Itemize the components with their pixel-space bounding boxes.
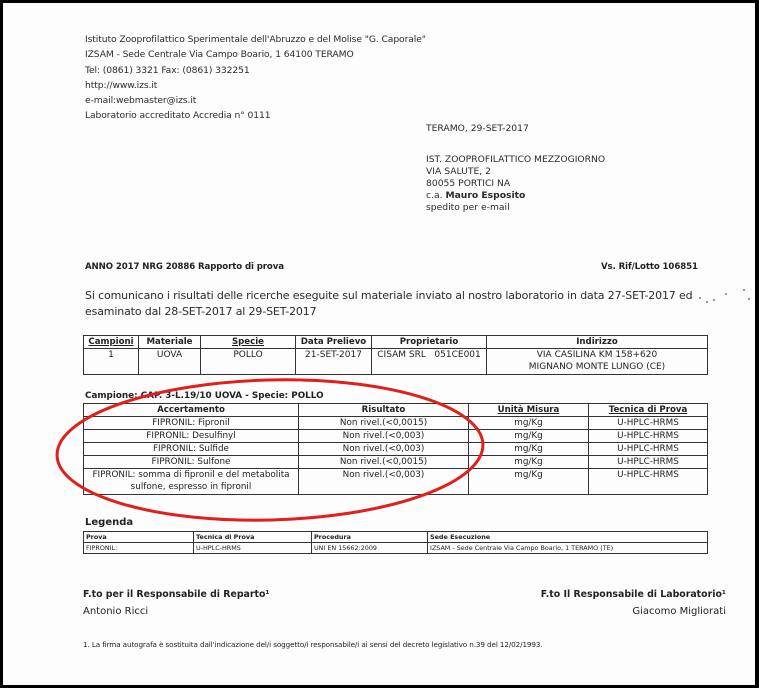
legend-header-prova: Prova (84, 532, 194, 543)
cell-accertamento: FIPRONIL: Sulfone (84, 456, 299, 469)
signature-right-name: Giacomo Migliorati (514, 606, 726, 617)
header-tecnica: Tecnica di Prova (589, 404, 708, 417)
delivery-method: spedito per e-mail (426, 201, 605, 215)
scan-artifact (743, 289, 745, 291)
scanned-document-page: Istituto Zooprofilattico Sperimentale de… (3, 3, 755, 685)
header-proprietario: Proprietario (372, 336, 487, 349)
cell-accertamento: FIPRONIL: somma di fipronil e del metabo… (84, 469, 299, 495)
signature-left-name: Antonio Ricci (83, 606, 148, 617)
letterhead-accreditation: Laboratorio accreditato Accredia n° 0111 (85, 108, 426, 123)
cell-unita: mg/Kg (469, 456, 589, 469)
result-row: FIPRONIL: somma di fipronil e del metabo… (84, 469, 708, 495)
cell-campioni: 1 (84, 349, 139, 375)
header-materiale: Materiale (139, 336, 201, 349)
sample-table: Campioni Materiale Specie Data Prelievo … (83, 335, 708, 375)
cell-tecnica: U-HPLC-HRMS (589, 443, 708, 456)
recipient-block: IST. ZOOPROFILATTICO MEZZOGIORNO VIA SAL… (426, 153, 605, 215)
sample-table-header: Campioni Materiale Specie Data Prelievo … (84, 336, 708, 349)
intro-text: Si comunicano i risultati delle ricerche… (85, 288, 692, 320)
cell-unita: mg/Kg (469, 417, 589, 430)
scan-artifact (706, 301, 708, 303)
address-line-1: VIA CASILINA KM 158+620 (487, 349, 707, 361)
sample-label: Campione: CAP. 3-L.19/10 UOVA - Specie: … (85, 391, 324, 401)
accertamento-line-2: sulfone, espresso in fipronil (84, 481, 298, 493)
scan-artifact (699, 297, 701, 299)
lot-reference: Vs. Rif/Lotto 106851 (601, 262, 698, 272)
header-campioni: Campioni (84, 336, 139, 349)
cell-accertamento: FIPRONIL: Desulfinyl (84, 430, 299, 443)
legend-row: FIPRONIL: U-HPLC-HRMS UNI EN 15662:2009 … (84, 543, 708, 554)
cell-unita: mg/Kg (469, 443, 589, 456)
result-row: FIPRONIL: Fipronil Non rivel.(<0,0015) m… (84, 417, 708, 430)
legend-cell-sede: IZSAM - Sede Centrale Via Campo Boario, … (428, 543, 708, 554)
result-row: FIPRONIL: Sulfone Non rivel.(<0,0015) mg… (84, 456, 708, 469)
letterhead: Istituto Zooprofilattico Sperimentale de… (85, 32, 426, 124)
cell-accertamento: FIPRONIL: Fipronil (84, 417, 299, 430)
letterhead-institute: Istituto Zooprofilattico Sperimentale de… (85, 32, 426, 47)
result-row: FIPRONIL: Desulfinyl Non rivel.(<0,003) … (84, 430, 708, 443)
attention-prefix: c.a. (426, 190, 443, 201)
scan-artifact (713, 299, 715, 301)
place-date: TERAMO, 29-SET-2017 (426, 122, 529, 136)
scan-artifact (725, 293, 727, 295)
cell-materiale: UOVA (139, 349, 201, 375)
intro-line-1: Si comunicano i risultati delle ricerche… (85, 288, 692, 304)
legend-header-sede: Sede Esecuzione (428, 532, 708, 543)
result-row: FIPRONIL: Sulfide Non rivel.(<0,003) mg/… (84, 443, 708, 456)
legend-cell-procedura: UNI EN 15662:2009 (312, 543, 428, 554)
header-data-prelievo: Data Prelievo (296, 336, 372, 349)
cell-risultato: Non rivel.(<0,003) (299, 430, 469, 443)
header-accertamento: Accertamento (84, 404, 299, 417)
intro-line-2: esaminato dal 28-SET-2017 al 29-SET-2017 (85, 304, 692, 320)
results-table: Accertamento Risultato Unità Misura Tecn… (83, 403, 708, 495)
legend-header-procedura: Procedura (312, 532, 428, 543)
header-indirizzo: Indirizzo (487, 336, 708, 349)
cell-data-prelievo: 21-SET-2017 (296, 349, 372, 375)
letterhead-phone: Tel: (0861) 3321 Fax: (0861) 332251 (85, 63, 426, 78)
legend-title: Legenda (85, 517, 133, 528)
attention-name: Mauro Esposito (445, 190, 525, 201)
legend-table: Prova Tecnica di Prova Procedura Sede Es… (83, 531, 708, 554)
cell-tecnica: U-HPLC-HRMS (589, 469, 708, 495)
cell-risultato: Non rivel.(<0,0015) (299, 456, 469, 469)
cell-proprietario: CISAM SRL 051CE001 (372, 349, 487, 375)
cell-indirizzo: VIA CASILINA KM 158+620 MIGNANO MONTE LU… (487, 349, 708, 375)
header-specie: Specie (201, 336, 296, 349)
cell-specie: POLLO (201, 349, 296, 375)
accertamento-line-1: FIPRONIL: somma di fipronil e del metabo… (84, 469, 298, 481)
header-risultato: Risultato (299, 404, 469, 417)
letterhead-website: http://www.izs.it (85, 78, 426, 93)
cell-tecnica: U-HPLC-HRMS (589, 430, 708, 443)
signature-right-title: F.to Il Responsabile di Laboratorio¹ (514, 589, 726, 600)
cell-risultato: Non rivel.(<0,003) (299, 443, 469, 456)
cell-risultato: Non rivel.(<0,0015) (299, 417, 469, 430)
footnote: 1. La firma autografa è sostituita dall'… (83, 640, 543, 649)
letterhead-email: e-mail:webmaster@izs.it (85, 93, 426, 108)
scan-artifact (748, 298, 750, 300)
letterhead-address: IZSAM - Sede Centrale Via Campo Boario, … (85, 47, 426, 62)
cell-unita: mg/Kg (469, 430, 589, 443)
legend-header-tecnica: Tecnica di Prova (194, 532, 312, 543)
legend-cell-tecnica: U-HPLC-HRMS (194, 543, 312, 554)
cell-unita: mg/Kg (469, 469, 589, 495)
signature-left-title: F.to per il Responsabile di Reparto¹ (83, 589, 270, 600)
cell-tecnica: U-HPLC-HRMS (589, 456, 708, 469)
footnote-text: 1. La firma autografa è sostituita dall'… (83, 640, 543, 649)
report-reference: ANNO 2017 NRG 20886 Rapporto di prova (85, 262, 284, 272)
legend-cell-prova: FIPRONIL: (84, 543, 194, 554)
sample-row: 1 UOVA POLLO 21-SET-2017 CISAM SRL 051CE… (84, 349, 708, 375)
results-header: Accertamento Risultato Unità Misura Tecn… (84, 404, 708, 417)
legend-header: Prova Tecnica di Prova Procedura Sede Es… (84, 532, 708, 543)
cell-risultato: Non rivel.(<0,003) (299, 469, 469, 495)
address-line-2: MIGNANO MONTE LUNGO (CE) (487, 361, 707, 373)
cell-tecnica: U-HPLC-HRMS (589, 417, 708, 430)
cell-accertamento: FIPRONIL: Sulfide (84, 443, 299, 456)
header-unita-misura: Unità Misura (469, 404, 589, 417)
